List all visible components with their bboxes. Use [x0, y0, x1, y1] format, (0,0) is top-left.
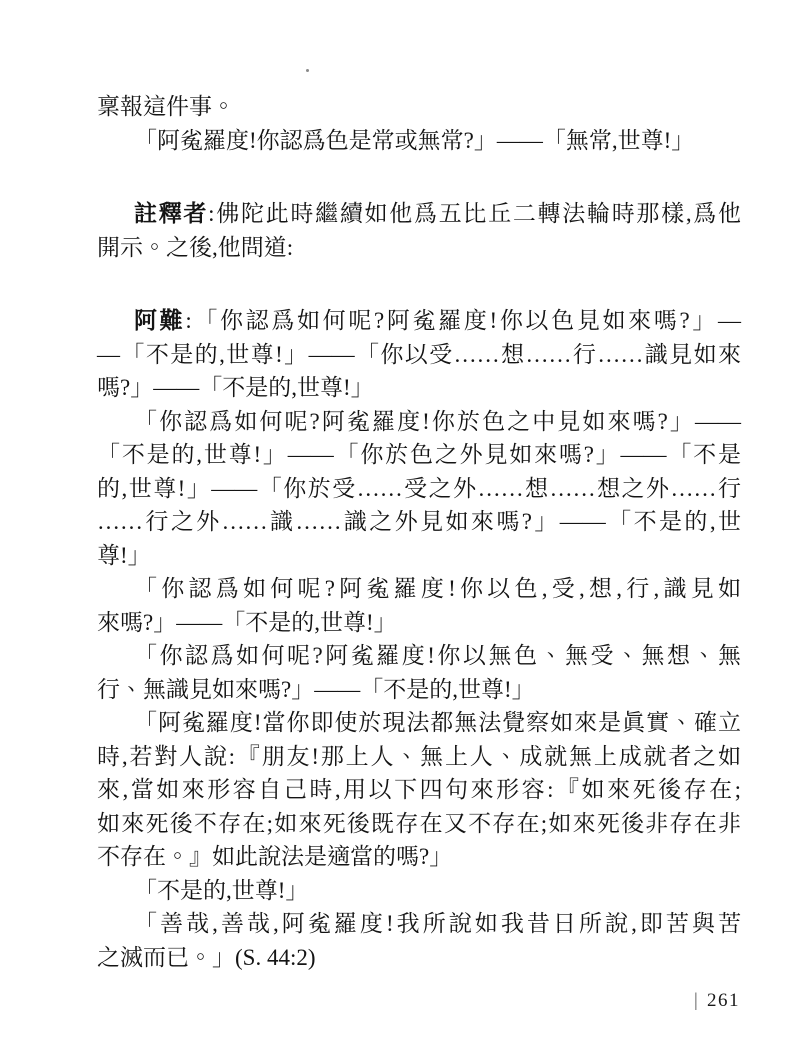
- text-line: 「阿㝹羅度!當你即使於現法都無法覺察如來是眞實、確立: [97, 706, 741, 740]
- text-line: 行、無識見如來嗎?」——「不是的,世尊!」: [97, 673, 741, 707]
- text-line: 「不是的,世尊!」——「你於色之外見如來嗎?」——「不是: [97, 438, 741, 472]
- text-block: 稟報這件事。「阿㝹羅度!你認爲色是常或無常?」——「無常,世尊!」註釋者:佛陀此…: [97, 90, 741, 974]
- text-line: 「你認爲如何呢?阿㝹羅度!你以色,受,想,行,識見如: [97, 572, 741, 606]
- text-line: 開示。之後,他問道:: [97, 231, 741, 265]
- text-line: 嗎?」——「不是的,世尊!」: [97, 371, 741, 405]
- page: 稟報這件事。「阿㝹羅度!你認爲色是常或無常?」——「無常,世尊!」註釋者:佛陀此…: [0, 0, 792, 1056]
- text-line: 不存在。』如此說法是適當的嗎?」: [97, 840, 741, 874]
- text-line: 「不是的,世尊!」: [97, 874, 741, 908]
- text-line: 尊!」: [97, 539, 741, 573]
- text-line: 註釋者:佛陀此時繼續如他爲五比丘二轉法輪時那樣,爲他: [97, 197, 741, 231]
- text-line: 來嗎?」——「不是的,世尊!」: [97, 606, 741, 640]
- speaker-label: 註釋者: [134, 201, 208, 226]
- page-number: 261: [707, 990, 740, 1012]
- text-line: 「你認爲如何呢?阿㝹羅度!你以無色、無受、無想、無: [97, 639, 741, 673]
- text-line: 「阿㝹羅度!你認爲色是常或無常?」——「無常,世尊!」: [97, 124, 741, 158]
- page-footer: | 261: [694, 990, 740, 1012]
- text-line: ……行之外……識……識之外見如來嗎?」——「不是的,世: [97, 505, 741, 539]
- paragraph-spacer: [97, 157, 741, 197]
- text-line: 稟報這件事。: [97, 90, 741, 124]
- text-line: 「你認爲如何呢?阿㝹羅度!你於色之中見如來嗎?」——: [97, 405, 741, 439]
- text-line: 如來死後不存在;如來死後既存在又不存在;如來死後非存在非: [97, 807, 741, 841]
- scan-speck: [306, 69, 309, 72]
- text-line: —「不是的,世尊!」——「你以受……想……行……識見如來: [97, 338, 741, 372]
- text-line: 來,當如來形容自己時,用以下四句來形容:『如來死後存在;: [97, 773, 741, 807]
- line-text: :「你認爲如何呢?阿㝹羅度!你以色見如來嗎?」—: [185, 308, 741, 333]
- text-line: 「善哉,善哉,阿㝹羅度!我所說如我昔日所說,即苦與苦: [97, 907, 741, 941]
- footer-separator: |: [695, 990, 698, 1012]
- text-line: 的,世尊!」——「你於受……受之外……想……想之外……行: [97, 472, 741, 506]
- line-text: :佛陀此時繼續如他爲五比丘二轉法輪時那樣,爲他: [208, 201, 741, 226]
- speaker-label: 阿難: [134, 308, 185, 333]
- text-line: 之滅而已。」(S. 44:2): [97, 941, 741, 975]
- paragraph-spacer: [97, 264, 741, 304]
- text-line: 時,若對人說:『朋友!那上人、無上人、成就無上成就者之如: [97, 740, 741, 774]
- text-line: 阿難:「你認爲如何呢?阿㝹羅度!你以色見如來嗎?」—: [97, 304, 741, 338]
